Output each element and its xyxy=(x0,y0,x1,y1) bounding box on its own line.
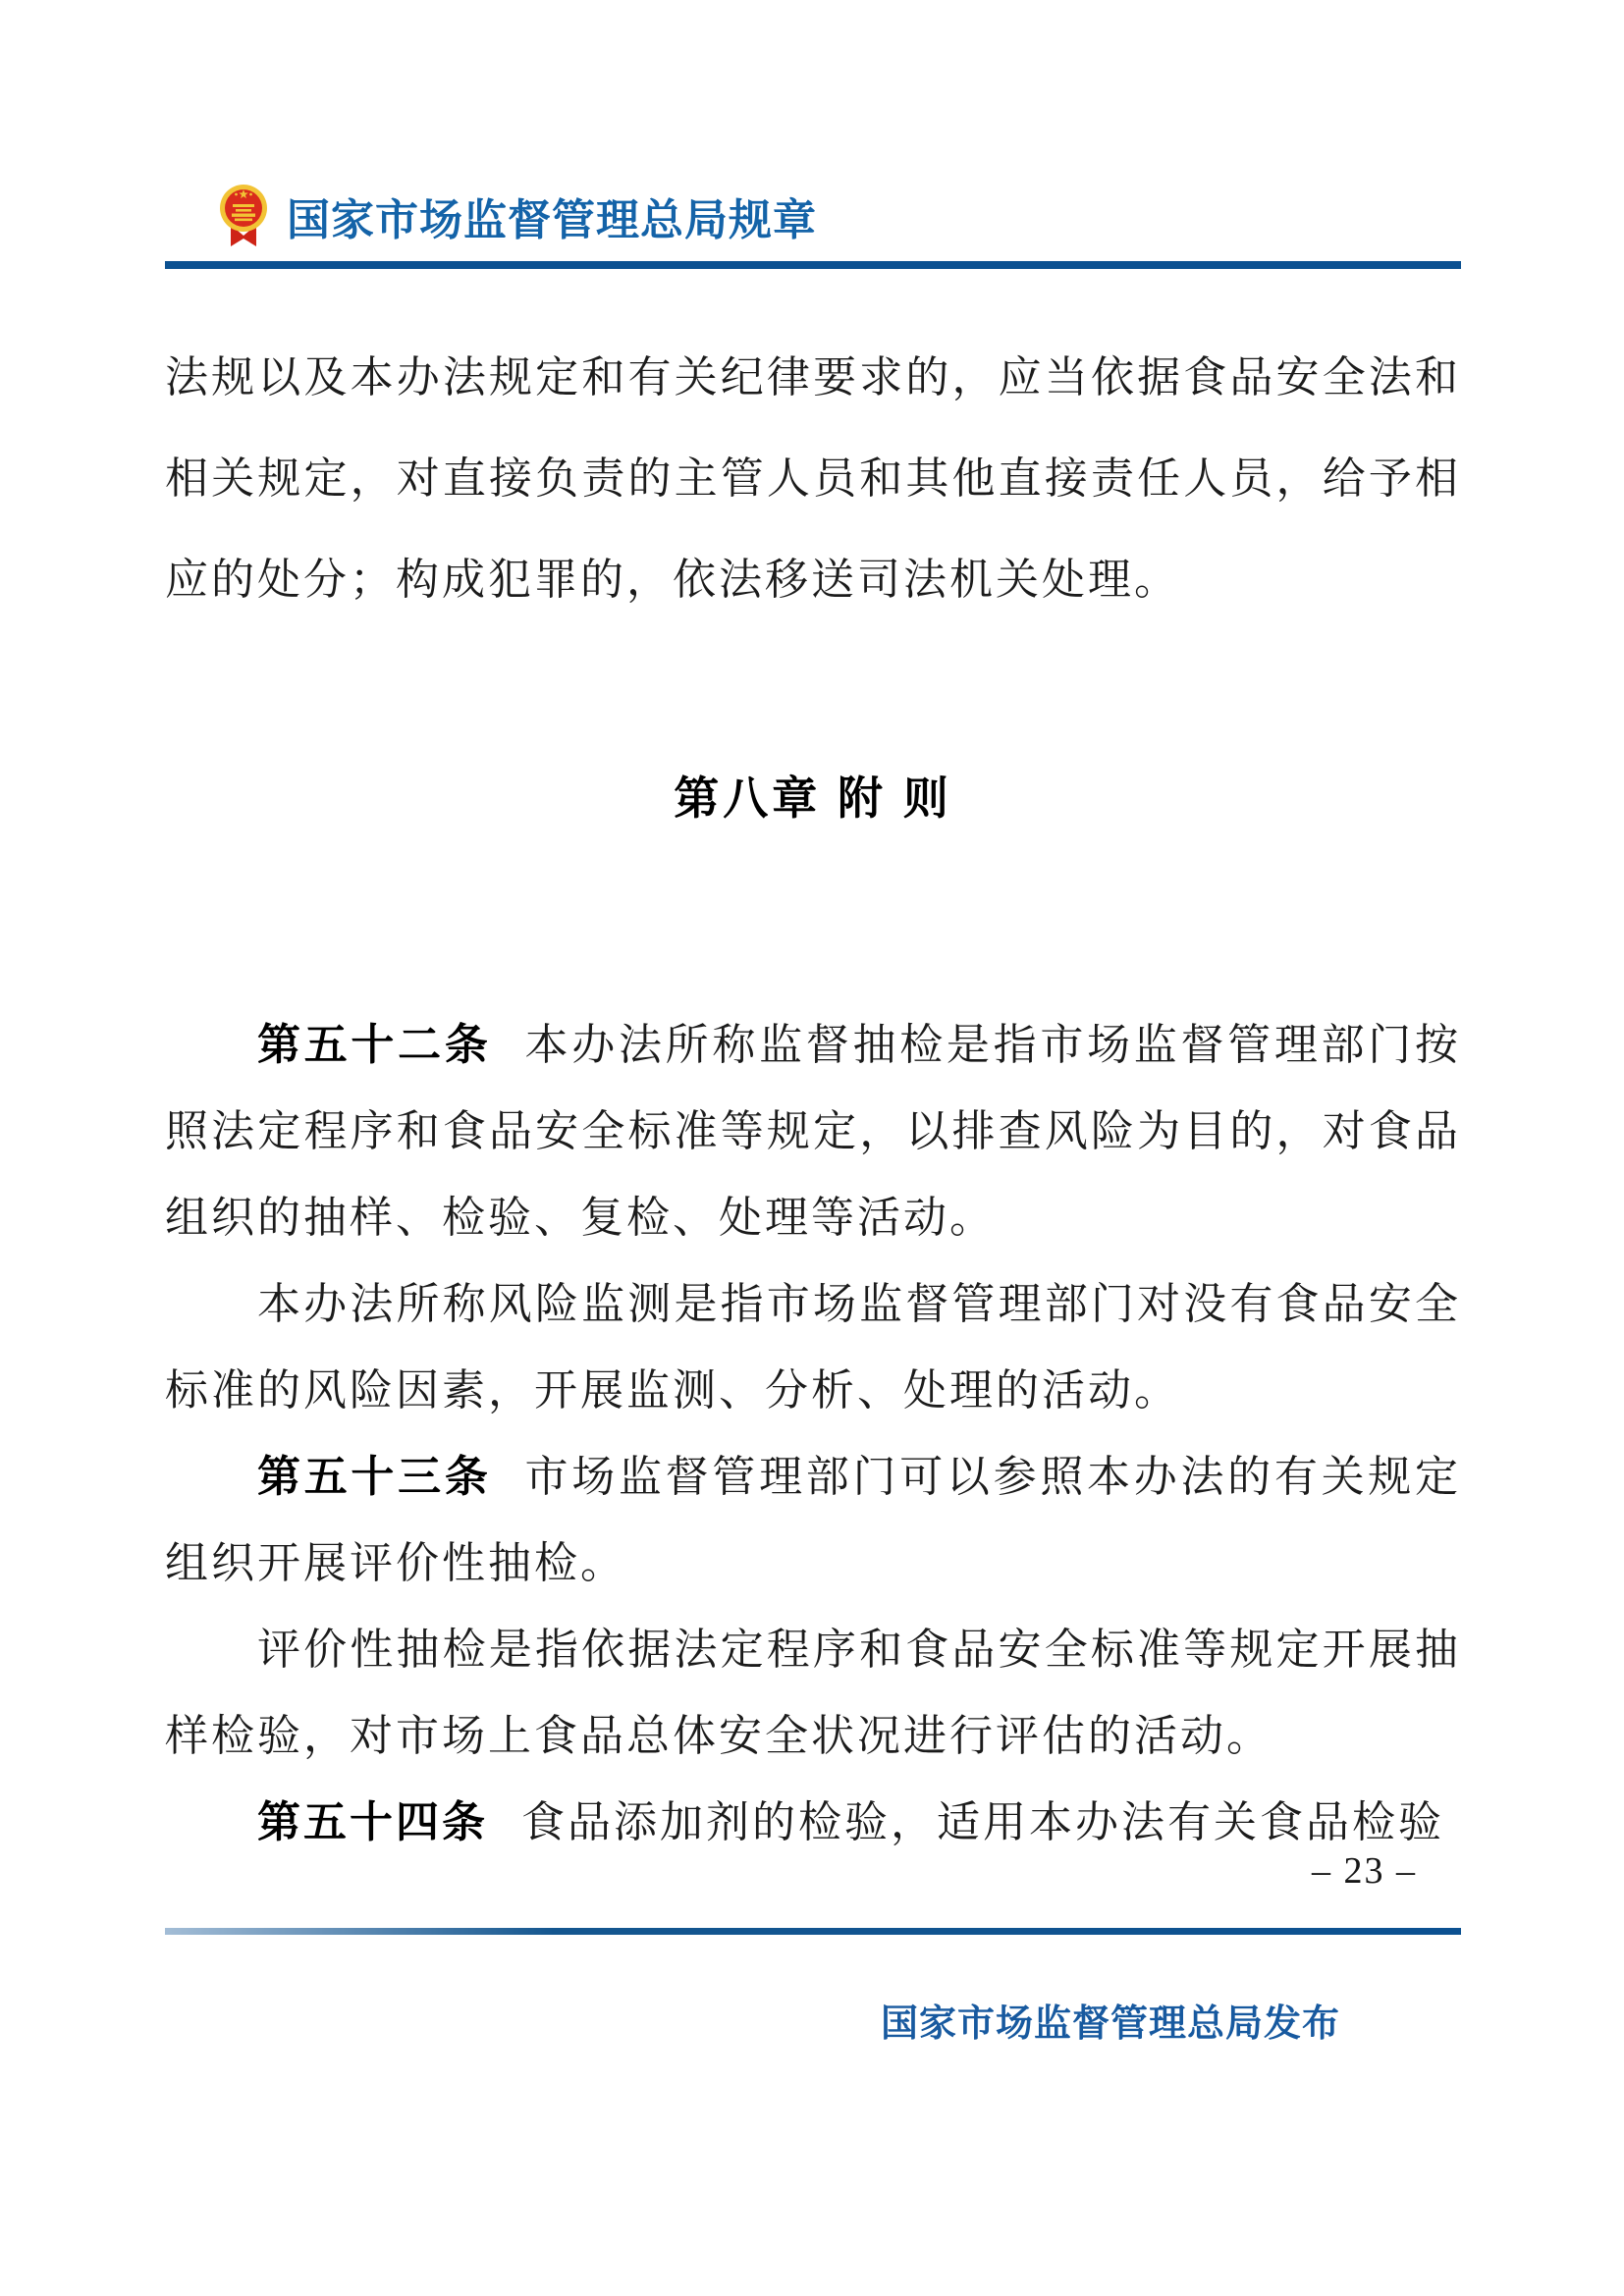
article-text: 食品添加剂的检验，适用本办法有关食品检验 xyxy=(521,1798,1444,1846)
article-number: 第五十二条 xyxy=(257,1021,492,1069)
china-national-emblem-icon xyxy=(218,181,269,253)
article-paragraph: 第五十四条食品添加剂的检验，适用本办法有关食品检验 xyxy=(165,1780,1461,1866)
article-text: 本办法所称风险监测是指市场监督管理部门对没有食品安全标准的风险因素，开展监测、分… xyxy=(165,1280,1461,1415)
article-paragraph: 本办法所称风险监测是指市场监督管理部门对没有食品安全标准的风险因素，开展监测、分… xyxy=(165,1261,1461,1434)
article-paragraph: 第五十二条本办法所称监督抽检是指市场监督管理部门按照法定程序和食品安全标准等规定… xyxy=(165,1002,1461,1261)
article-number: 第五十三条 xyxy=(257,1453,492,1501)
chapter-heading: 第八章 附 则 xyxy=(165,773,1461,824)
header-rule xyxy=(165,261,1461,269)
document-page: 国家市场监督管理总局规章 法规以及本办法规定和有关纪律要求的，应当依据食品安全法… xyxy=(0,0,1624,2296)
article-number: 第五十四条 xyxy=(257,1798,488,1846)
articles: 第五十二条本办法所称监督抽检是指市场监督管理部门按照法定程序和食品安全标准等规定… xyxy=(165,1002,1461,1866)
article-text: 评价性抽检是指依据法定程序和食品安全标准等规定开展抽样检验，对市场上食品总体安全… xyxy=(165,1626,1461,1760)
document-body: 法规以及本办法规定和有关纪律要求的，应当依据食品安全法和相关规定，对直接负责的主… xyxy=(165,272,1461,1866)
footer-rule xyxy=(165,1928,1461,1935)
article-paragraph: 第五十三条市场监督管理部门可以参照本办法的有关规定组织开展评价性抽检。 xyxy=(165,1434,1461,1607)
publisher: 国家市场监督管理总局发布 xyxy=(881,1993,1340,2047)
continuation-paragraph: 法规以及本办法规定和有关纪律要求的，应当依据食品安全法和相关规定，对直接负责的主… xyxy=(165,327,1461,630)
article-paragraph: 评价性抽检是指依据法定程序和食品安全标准等规定开展抽样检验，对市场上食品总体安全… xyxy=(165,1607,1461,1780)
page-number: – 23 – xyxy=(1312,1849,1417,1893)
header-title: 国家市场监督管理总局规章 xyxy=(287,185,817,247)
